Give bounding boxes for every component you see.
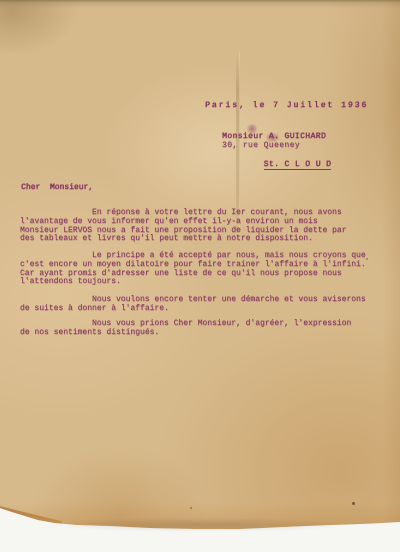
recipient-city: St. C L O U D [222, 152, 331, 161]
paragraph-1: En réponse à votre lettre du Ier courant… [20, 209, 346, 244]
dateline: Paris, le 7 Juillet 1936 [205, 102, 368, 111]
salutation: Cher Monsieur, [21, 184, 93, 193]
recipient-street: 30, rue Queeney [222, 142, 331, 151]
body-line: l'attendons toujours. [20, 278, 366, 287]
paper-shadow [0, 506, 400, 540]
body-line: de nos sentiments distingués. [20, 329, 351, 338]
scanned-letter-page: Paris, le 7 Juillet 1936 Monsieur A. GUI… [0, 0, 400, 552]
paragraph-4: Nous vous prions Cher Monsieur, d'agréer… [20, 320, 351, 338]
paragraph-2: Le principe a été accepté par nous, mais… [20, 252, 366, 287]
recipient-address: Monsieur A. GUICHARD 30, rue Queeney St.… [222, 133, 331, 161]
letter-paper: Paris, le 7 Juillet 1936 Monsieur A. GUI… [0, 0, 400, 534]
paragraph-3: Nous voulons encore tenter une démarche … [20, 296, 366, 314]
body-line: de suites à donner à l'affaire. [20, 305, 366, 314]
body-line: des tableaux et livres qu'il peut mettre… [20, 235, 346, 244]
paper-speck [366, 258, 368, 260]
paper-speck [352, 502, 355, 505]
